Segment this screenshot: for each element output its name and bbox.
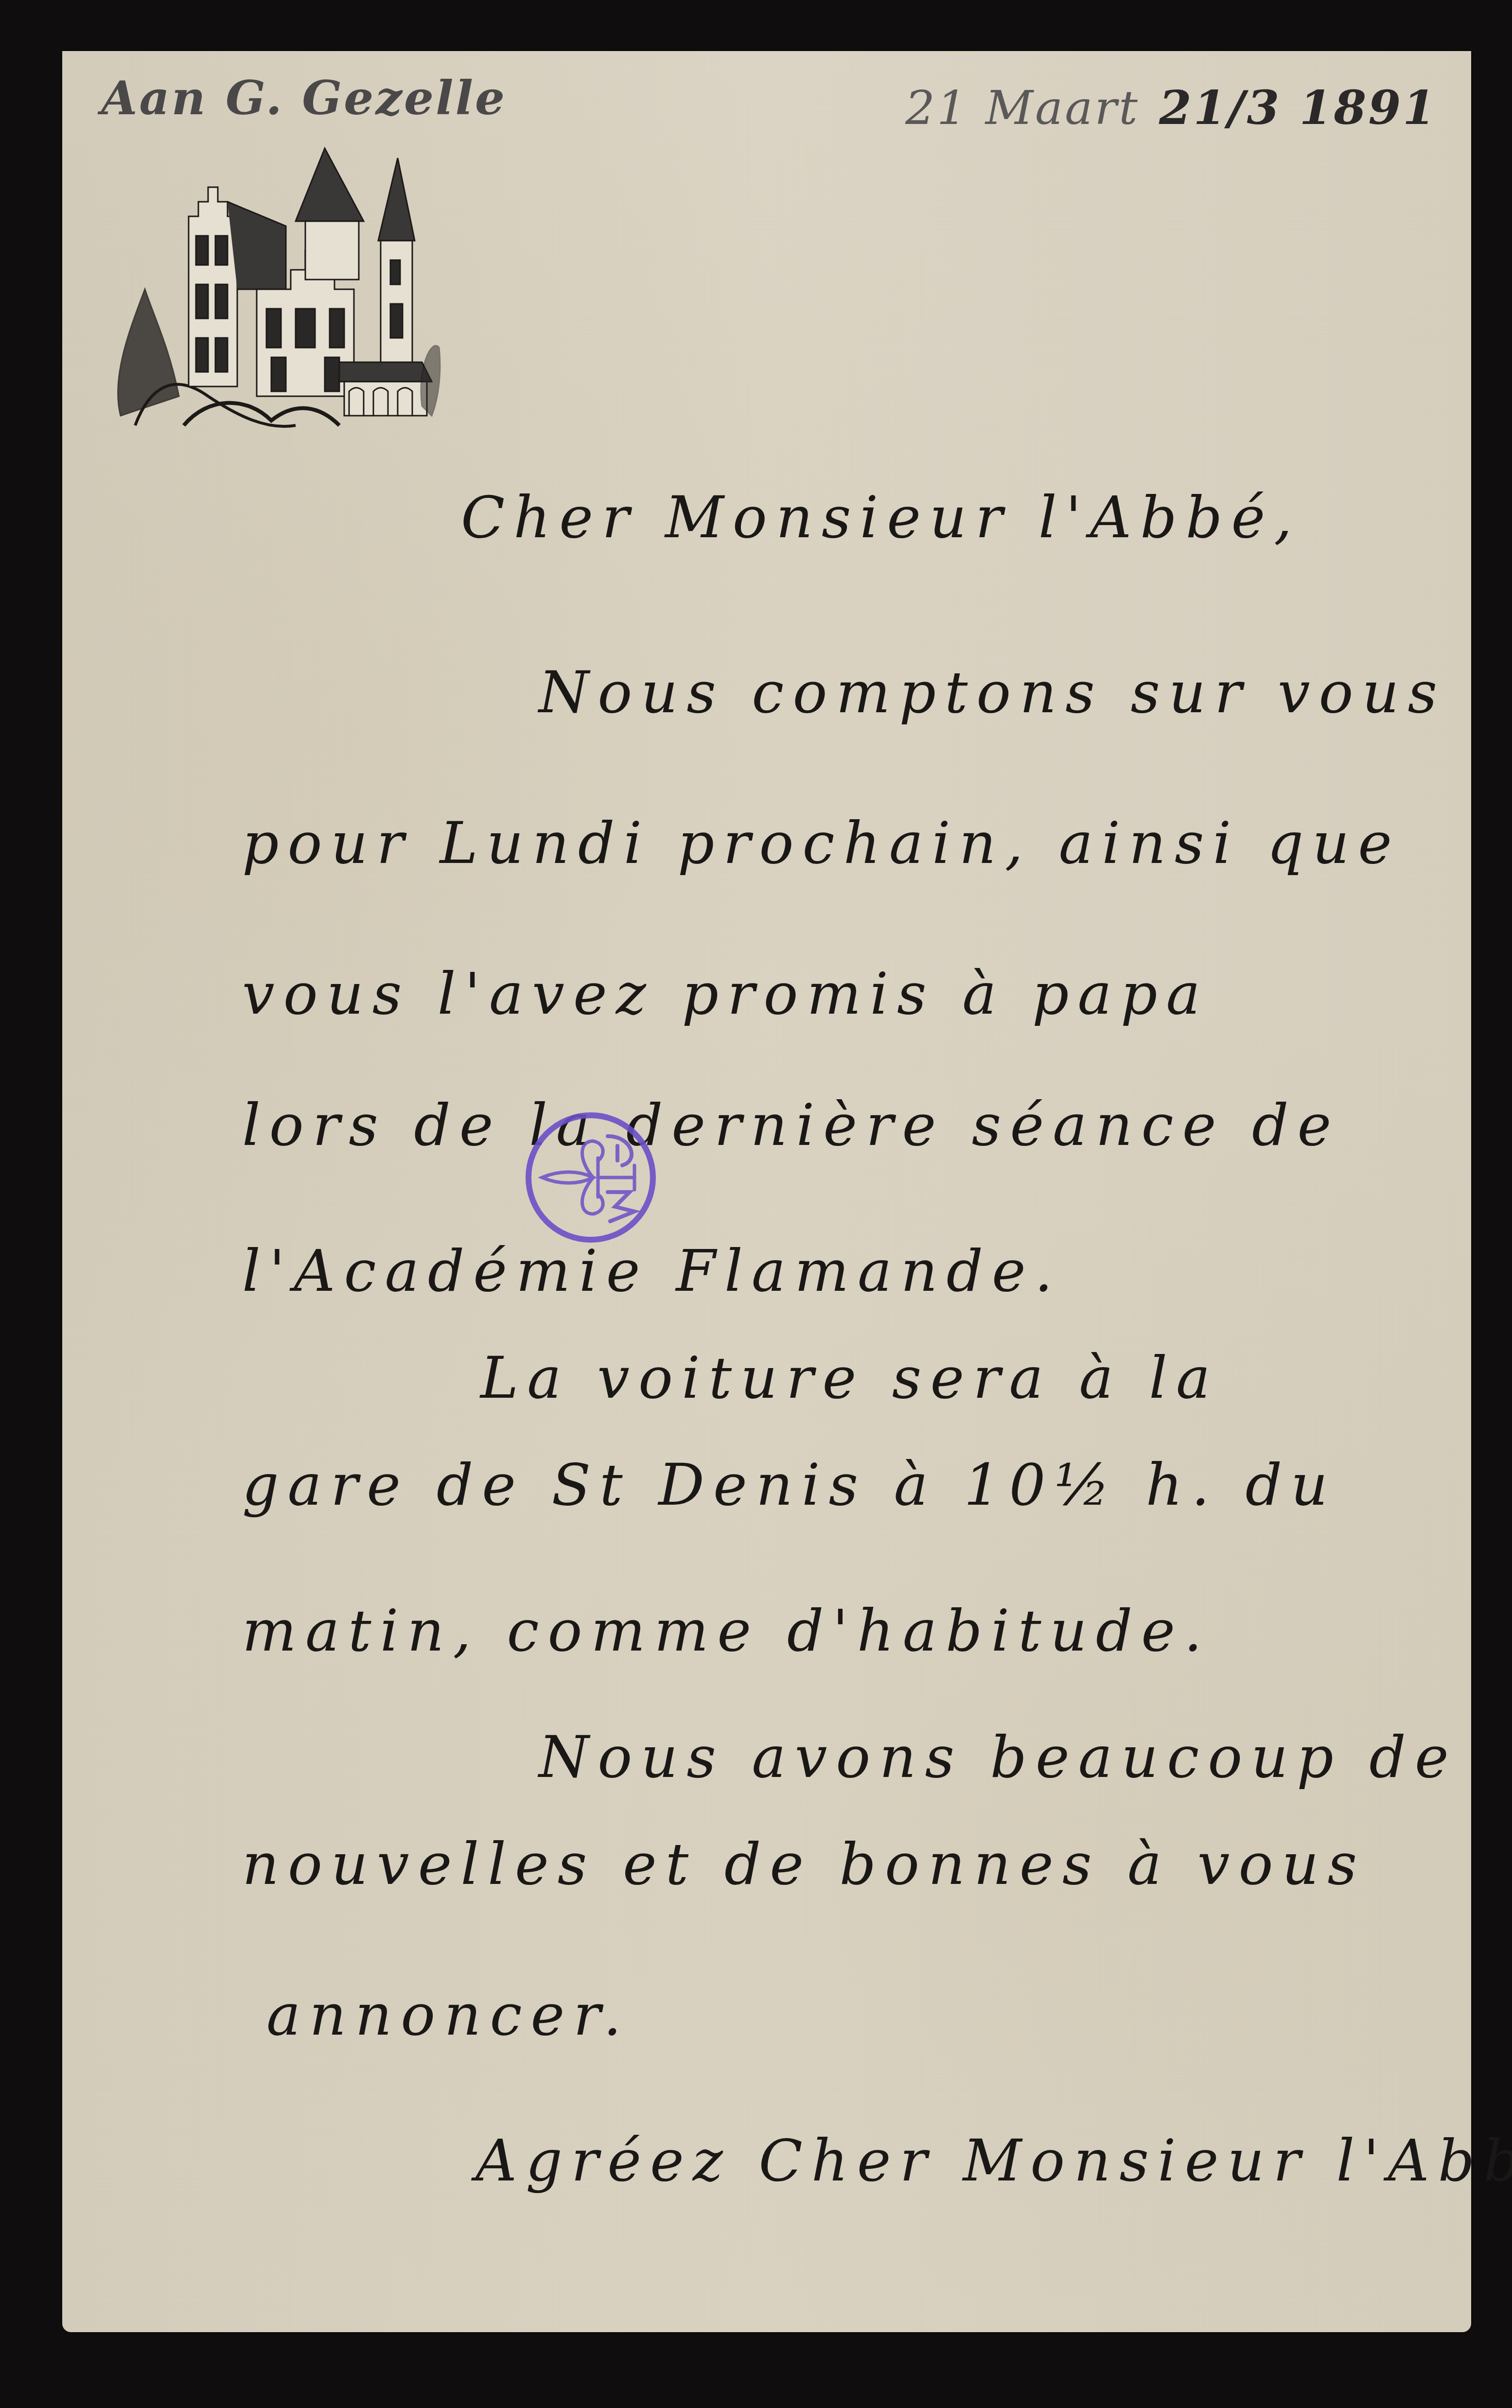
letter-sheet: Aan G. Gezelle 21 Maart 21/3 1891 bbox=[62, 51, 1471, 2332]
closing-line: Agréez Cher Monsieur l'Abbé bbox=[475, 2127, 1512, 2194]
letter-line-2: pour Lundi prochain, ainsi que bbox=[242, 809, 1401, 877]
document-scan: Aan G. Gezelle 21 Maart 21/3 1891 bbox=[0, 0, 1512, 2408]
house-illustration-icon bbox=[111, 143, 441, 435]
letter-line-1: Nous comptons sur vous bbox=[539, 659, 1446, 726]
letter-line-8: matin, comme d'habitude. bbox=[242, 1597, 1211, 1664]
archive-stamp bbox=[520, 1107, 661, 1248]
date-ink: 21/3 1891 bbox=[1159, 80, 1437, 135]
letter-line-11: annoncer. bbox=[266, 1981, 630, 2048]
salutation: Cher Monsieur l'Abbé, bbox=[461, 484, 1301, 551]
fleur-de-lis-stamp-icon bbox=[520, 1107, 661, 1248]
date-annotation: 21 Maart 21/3 1891 bbox=[905, 80, 1437, 135]
letter-line-10: nouvelles et de bonnes à vous bbox=[242, 1830, 1366, 1898]
date-pencil: 21 Maart bbox=[905, 81, 1140, 135]
letter-line-4: lors de la dernière séance de bbox=[242, 1091, 1340, 1159]
letterhead-house-engraving bbox=[111, 143, 441, 435]
letter-line-9: Nous avons beaucoup de bbox=[539, 1723, 1458, 1791]
recipient-annotation: Aan G. Gezelle bbox=[101, 70, 507, 125]
letter-line-6: La voiture sera à la bbox=[480, 1344, 1219, 1411]
letter-line-3: vous l'avez promis à papa bbox=[242, 960, 1209, 1027]
letter-line-7: gare de St Denis à 10½ h. du bbox=[242, 1451, 1336, 1518]
